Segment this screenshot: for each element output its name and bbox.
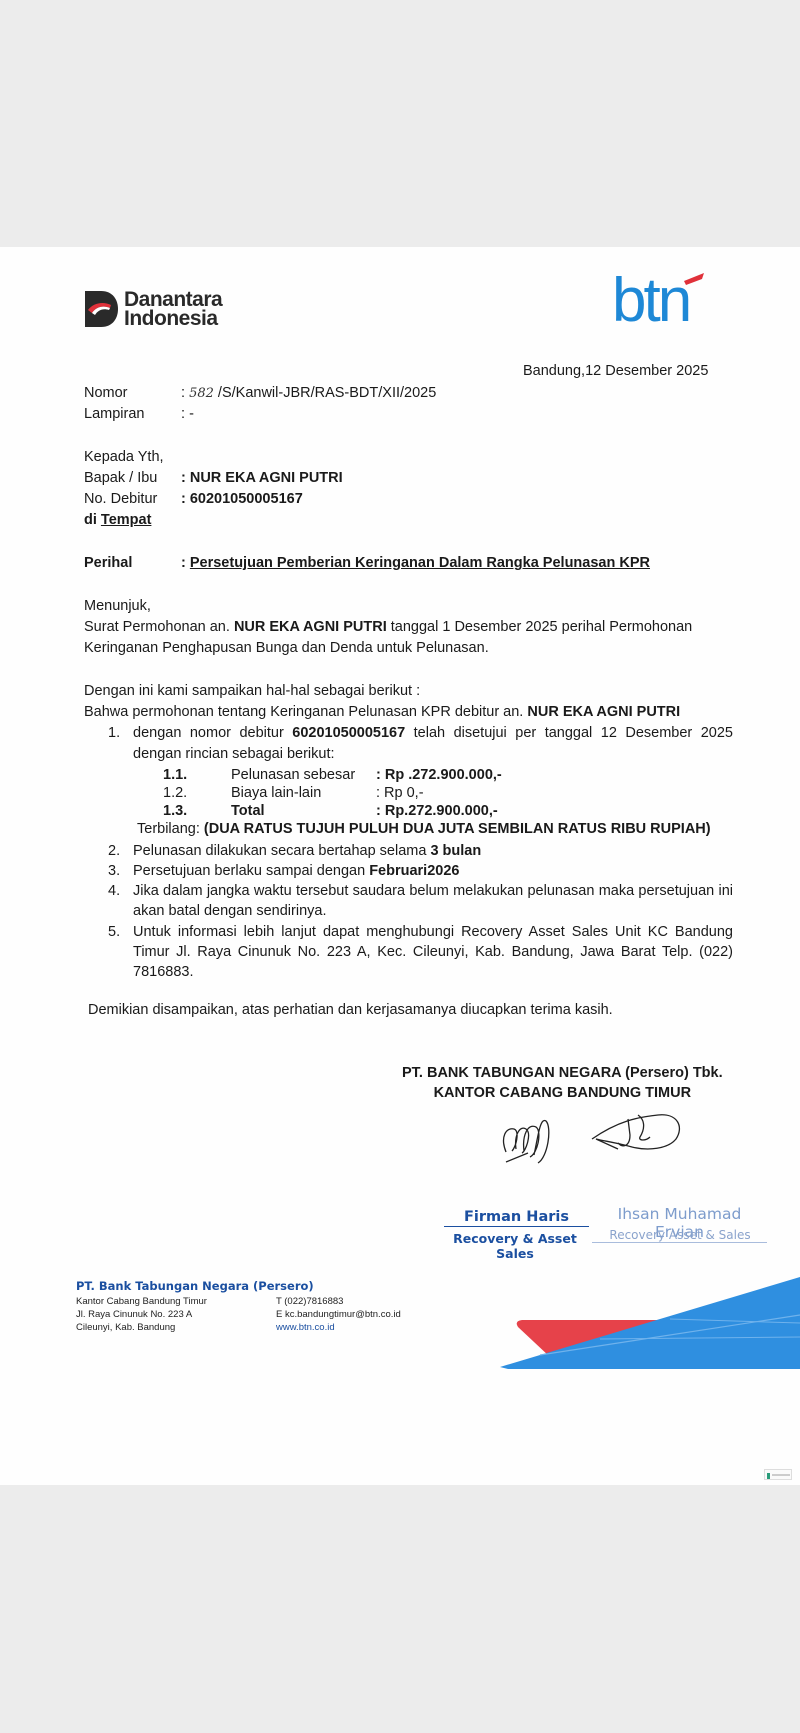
- danantara-logo: Danantara Indonesia: [83, 289, 222, 329]
- recipient-place: di Tempat: [84, 510, 151, 531]
- letter-page: Danantara Indonesia btn Bandung,12 Desem…: [0, 247, 800, 1485]
- subject-label: Perihal: [84, 553, 132, 574]
- nomor-handwritten: 582: [189, 386, 214, 401]
- signer-1-title: Recovery & Asset Sales: [440, 1231, 590, 1261]
- nomor-value: : 582 /S/Kanwil-JBR/RAS-BDT/XII/2025: [181, 383, 436, 404]
- item-5-number: 5.: [108, 922, 120, 943]
- nomor-label: Nomor: [84, 383, 128, 404]
- item-4-number: 4.: [108, 881, 120, 902]
- signer-1-name: Firman Haris: [444, 1209, 589, 1227]
- danantara-mark-icon: [83, 289, 119, 329]
- greeting: Kepada Yth,: [84, 447, 164, 468]
- footer-address-1: Kantor Cabang Bandung Timur: [76, 1295, 207, 1308]
- lampiran-value: : -: [181, 404, 194, 425]
- logo-line-2: Indonesia: [124, 309, 222, 328]
- signature-2-icon: [588, 1107, 688, 1167]
- item-1-text: dengan nomor debitur 60201050005167 tela…: [133, 723, 733, 765]
- signatory-company: PT. BANK TABUNGAN NEGARA (Persero) Tbk. …: [402, 1063, 723, 1103]
- reference-heading: Menunjuk,: [84, 596, 151, 617]
- footer-address-3: Cileunyi, Kab. Bandung: [76, 1321, 175, 1334]
- item-2-text: Pelunasan dilakukan secara bertahap sela…: [133, 841, 733, 862]
- signer-2-title: Recovery Asset & Sales: [600, 1228, 760, 1242]
- footer-email[interactable]: E kc.bandungtimur@btn.co.id: [276, 1308, 401, 1321]
- reference-paragraph: Surat Permohonan an. NUR EKA AGNI PUTRI …: [84, 617, 734, 659]
- lampiran-label: Lampiran: [84, 404, 144, 425]
- scanner-watermark-icon: [764, 1469, 792, 1480]
- subject-value: : Persetujuan Pemberian Keringanan Dalam…: [181, 553, 650, 574]
- item-1-number: 1.: [108, 723, 120, 744]
- debtor-label: No. Debitur: [84, 489, 157, 510]
- footer-website[interactable]: www.btn.co.id: [276, 1321, 335, 1334]
- amount-spelled: Terbilang: (DUA RATUS TUJUH PULUH DUA JU…: [137, 819, 711, 840]
- debtor-number: : 60201050005167: [181, 489, 303, 510]
- intro-text: Dengan ini kami sampaikan hal-hal sebaga…: [84, 681, 420, 702]
- item-4-text: Jika dalam jangka waktu tersebut saudara…: [133, 881, 733, 921]
- closing-text: Demikian disampaikan, atas perhatian dan…: [88, 1000, 613, 1021]
- item-2-number: 2.: [108, 841, 120, 862]
- item-5-text: Untuk informasi lebih lanjut dapat mengh…: [133, 922, 733, 982]
- signature-1-icon: [498, 1107, 568, 1177]
- footer-wave-graphic: [500, 1277, 800, 1387]
- item-3-number: 3.: [108, 861, 120, 882]
- footer-phone: T (022)7816883: [276, 1295, 343, 1308]
- place-date: Bandung,12 Desember 2025: [523, 361, 708, 382]
- approval-text: Bahwa permohonan tentang Keringanan Pelu…: [84, 702, 680, 723]
- item-3-text: Persetujuan berlaku sampai dengan Februa…: [133, 861, 733, 882]
- footer-address-2: Jl. Raya Cinunuk No. 223 A: [76, 1308, 192, 1321]
- recipient-name: : NUR EKA AGNI PUTRI: [181, 468, 343, 489]
- recipient-name-label: Bapak / Ibu: [84, 468, 157, 489]
- footer-company: PT. Bank Tabungan Negara (Persero): [76, 1279, 314, 1293]
- btn-logo: btn: [612, 267, 712, 332]
